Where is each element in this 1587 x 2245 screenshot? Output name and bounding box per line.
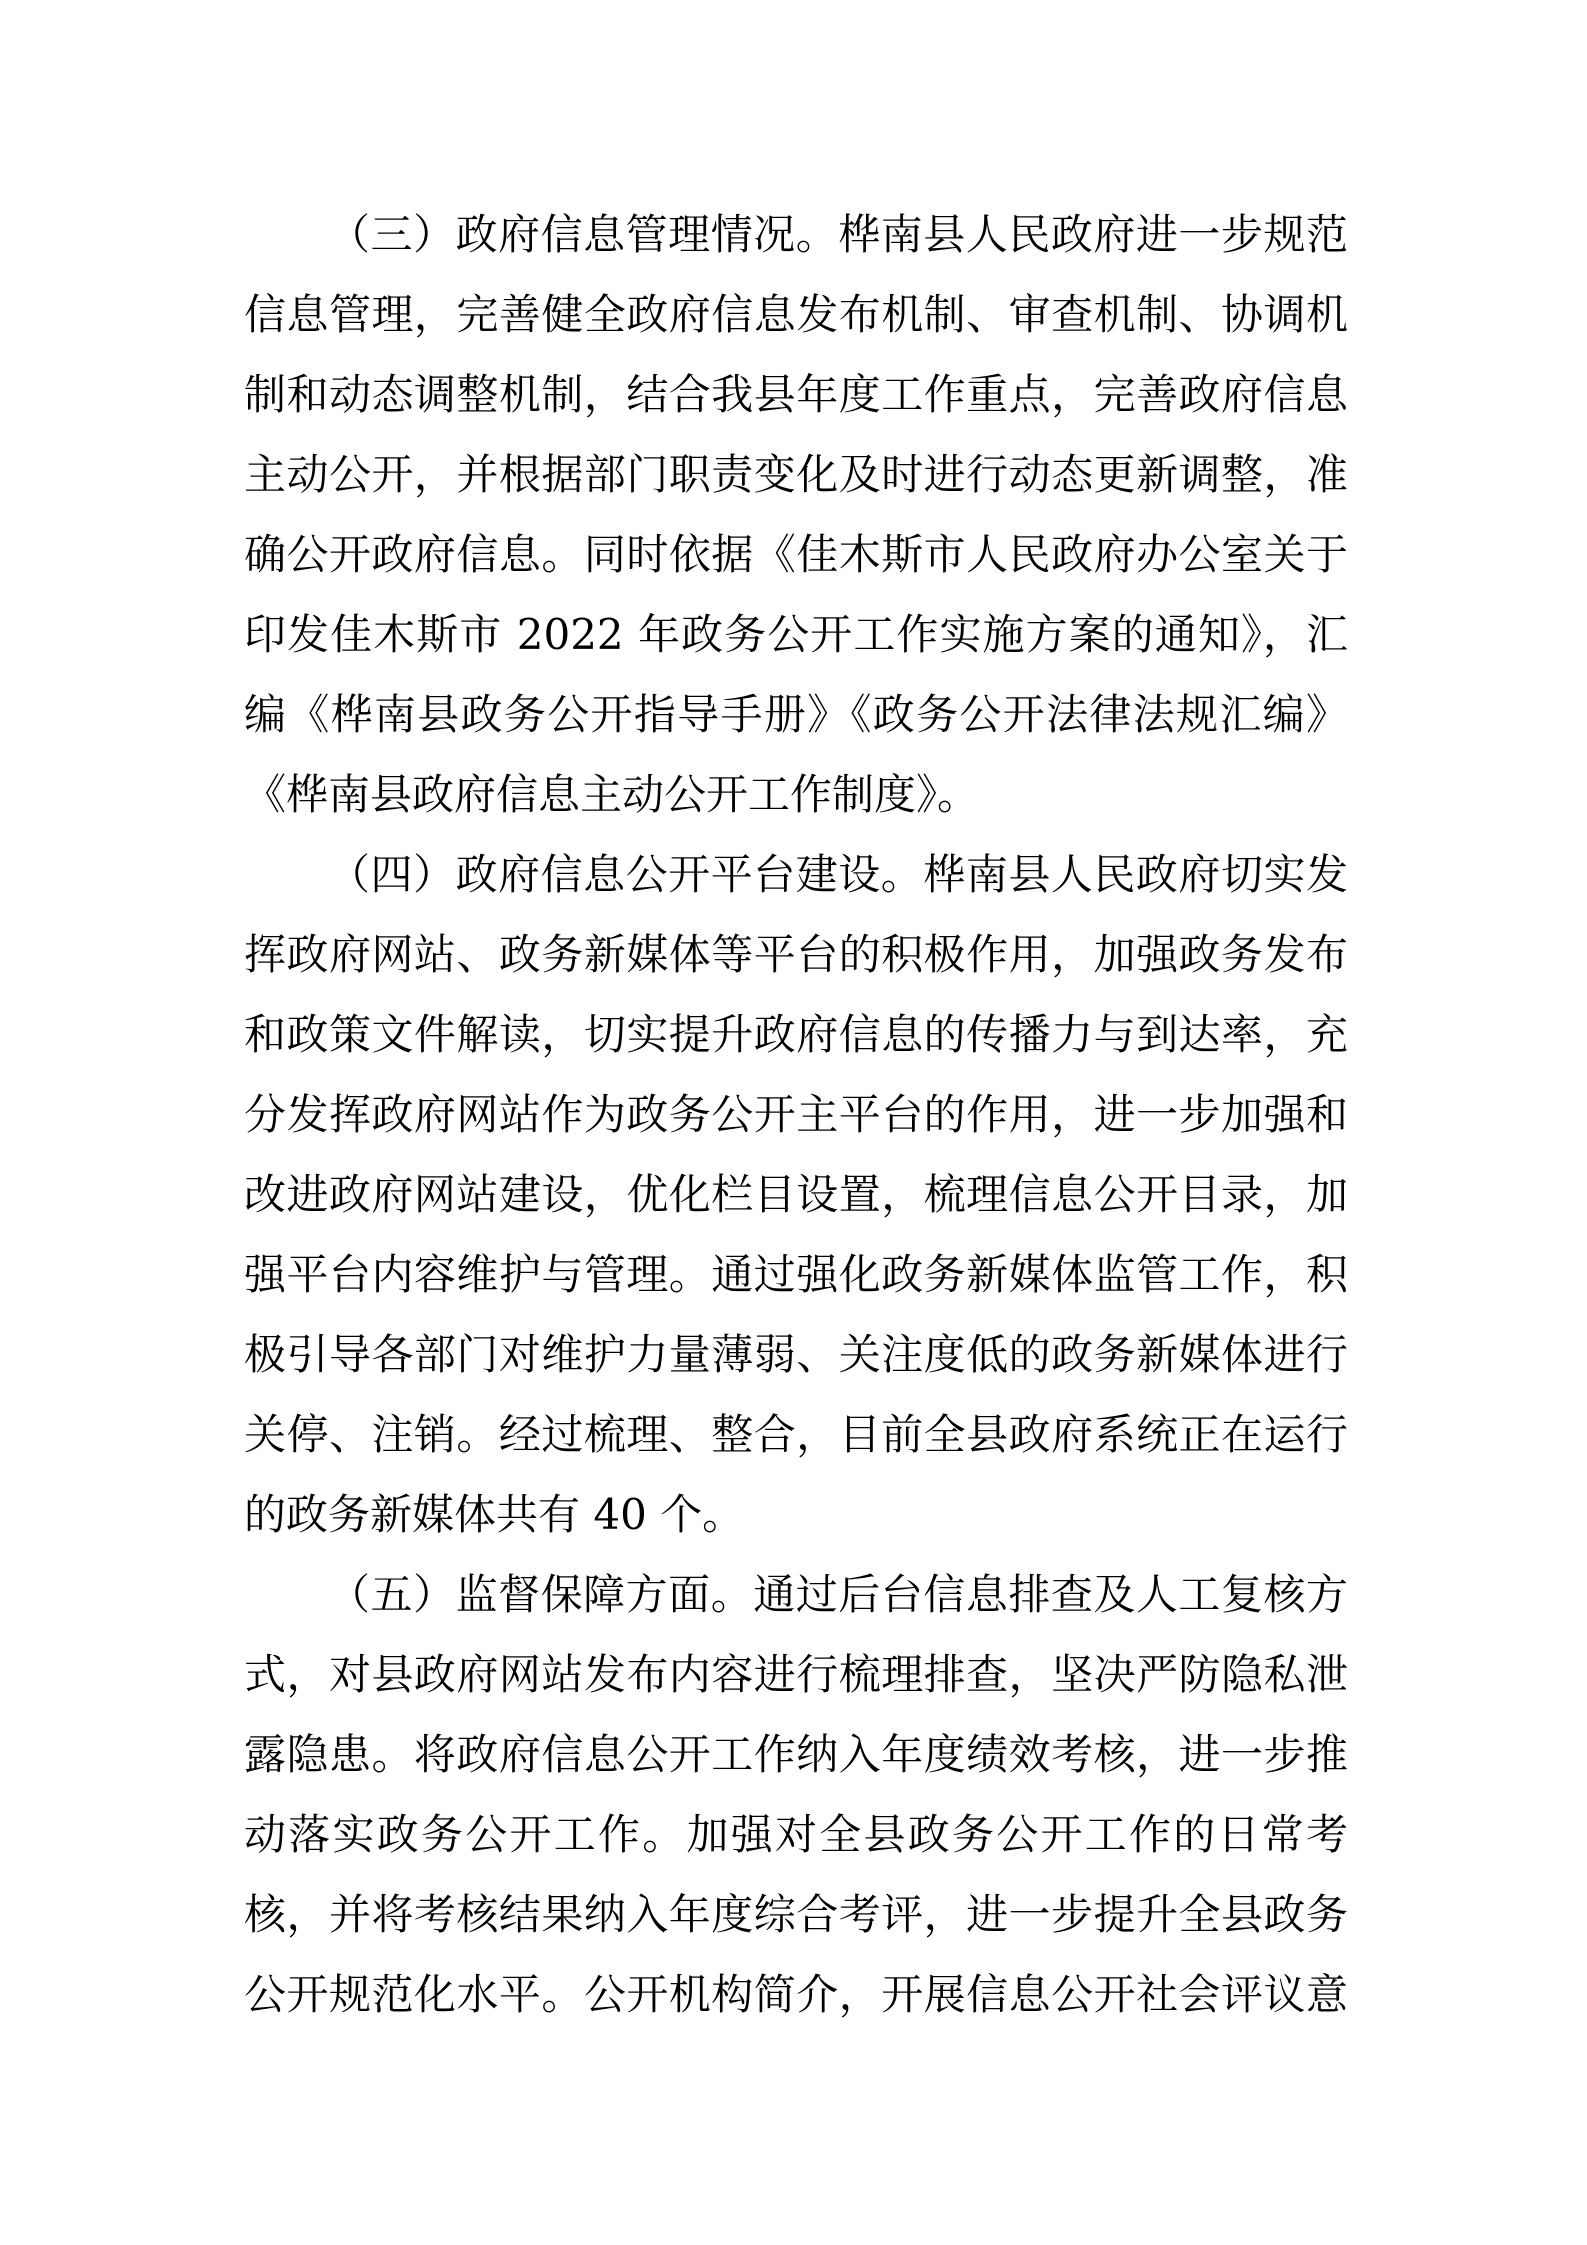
text-line: 印发佳木斯市 2022 年政务公开工作实施方案的通知》，汇 (244, 595, 1348, 675)
text-line: 动落实政务公开工作。加强对全县政务公开工作的日常考 (244, 1795, 1348, 1875)
document-text-block: （三）政府信息管理情况。桦南县人民政府进一步规范信息管理，完善健全政府信息发布机… (244, 195, 1348, 2035)
paragraph-section-3: （三）政府信息管理情况。桦南县人民政府进一步规范信息管理，完善健全政府信息发布机… (244, 195, 1348, 835)
text-line: 核，并将考核结果纳入年度综合考评，进一步提升全县政务 (244, 1875, 1348, 1955)
text-line: 确公开政府信息。同时依据《佳木斯市人民政府办公室关于 (244, 515, 1348, 595)
text-line: 《桦南县政府信息主动公开工作制度》。 (244, 755, 1348, 835)
paragraph-section-5: （五）监督保障方面。通过后台信息排查及人工复核方式，对县政府网站发布内容进行梳理… (244, 1555, 1348, 2035)
text-line: （三）政府信息管理情况。桦南县人民政府进一步规范 (244, 195, 1348, 275)
document-page: （三）政府信息管理情况。桦南县人民政府进一步规范信息管理，完善健全政府信息发布机… (0, 0, 1587, 2245)
text-line: 极引导各部门对维护力量薄弱、关注度低的政务新媒体进行 (244, 1315, 1348, 1395)
text-line: 关停、注销。经过梳理、整合，目前全县政府系统正在运行 (244, 1395, 1348, 1475)
text-line: 分发挥政府网站作为政务公开主平台的作用，进一步加强和 (244, 1075, 1348, 1155)
paragraph-section-4: （四）政府信息公开平台建设。桦南县人民政府切实发挥政府网站、政务新媒体等平台的积… (244, 835, 1348, 1555)
text-line: 改进政府网站建设，优化栏目设置，梳理信息公开目录，加 (244, 1155, 1348, 1235)
text-line: 公开规范化水平。公开机构简介，开展信息公开社会评议意 (244, 1955, 1348, 2035)
text-line: 和政策文件解读，切实提升政府信息的传播力与到达率，充 (244, 995, 1348, 1075)
text-line: 强平台内容维护与管理。通过强化政务新媒体监管工作，积 (244, 1235, 1348, 1315)
text-line: 的政务新媒体共有 40 个。 (244, 1475, 1348, 1555)
text-line: （五）监督保障方面。通过后台信息排查及人工复核方 (244, 1555, 1348, 1635)
text-line: 制和动态调整机制，结合我县年度工作重点，完善政府信息 (244, 355, 1348, 435)
text-line: 主动公开，并根据部门职责变化及时进行动态更新调整，准 (244, 435, 1348, 515)
text-line: 信息管理，完善健全政府信息发布机制、审查机制、协调机 (244, 275, 1348, 355)
text-line: 编《桦南县政务公开指导手册》《政务公开法律法规汇编》 (244, 675, 1348, 755)
text-line: 挥政府网站、政务新媒体等平台的积极作用，加强政务发布 (244, 915, 1348, 995)
text-line: 式，对县政府网站发布内容进行梳理排查，坚决严防隐私泄 (244, 1635, 1348, 1715)
text-line: （四）政府信息公开平台建设。桦南县人民政府切实发 (244, 835, 1348, 915)
text-line: 露隐患。将政府信息公开工作纳入年度绩效考核，进一步推 (244, 1715, 1348, 1795)
